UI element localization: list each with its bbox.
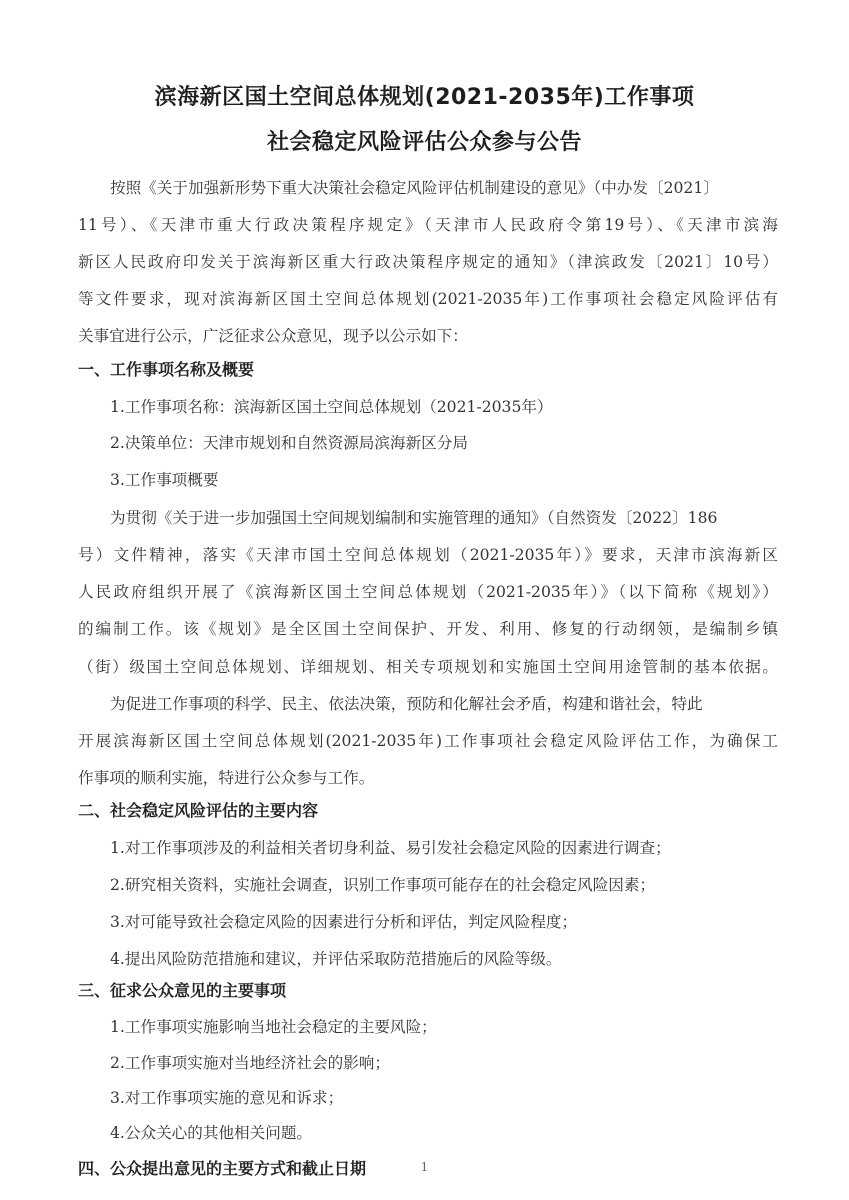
intro-line: 11号）、《天津市重大行政决策程序规定》（天津市人民政府令第19号）、《天津市滨…	[78, 213, 778, 235]
paragraph-line: 作事项的顺利实施，特进行公众参与工作。	[78, 766, 778, 788]
paragraph-line: 开展滨海新区国土空间总体规划(2021-2035年)工作事项社会稳定风险评估工作…	[78, 729, 778, 751]
document-title-line1: 滨海新区国土空间总体规划(2021-2035年)工作事项	[0, 80, 849, 111]
list-item: 4.公众关心的其他相关问题。	[110, 1121, 810, 1143]
paragraph-line: 人民政府组织开展了《滨海新区国土空间总体规划（2021-2035年）》（以下简称…	[78, 580, 778, 602]
paragraph-line: 号）文件精神，落实《天津市国土空间总体规划（2021-2035年）》要求，天津市…	[78, 543, 778, 565]
section-heading: 二、社会稳定风险评估的主要内容	[78, 798, 318, 821]
intro-line: 等文件要求，现对滨海新区国土空间总体规划(2021-2035年)工作事项社会稳定…	[78, 287, 778, 309]
paragraph-line: 为贯彻《关于进一步加强国土空间规划编制和实施管理的通知》（自然资发〔2022〕1…	[110, 506, 778, 528]
document-page: 滨海新区国土空间总体规划(2021-2035年)工作事项 社会稳定风险评估公众参…	[0, 0, 849, 1200]
paragraph-line: 的编制工作。该《规划》是全区国土空间保护、开发、利用、修复的行动纲领，是编制乡镇	[78, 617, 778, 639]
list-item: 1.工作事项实施影响当地社会稳定的主要风险；	[110, 1015, 810, 1037]
list-item: 1.工作事项名称：滨海新区国土空间总体规划（2021-2035年）	[110, 395, 810, 417]
section-heading: 一、工作事项名称及概要	[78, 357, 254, 380]
list-item: 2.工作事项实施对当地经济社会的影响；	[110, 1051, 810, 1073]
list-item: 1.对工作事项涉及的利益相关者切身利益、易引发社会稳定风险的因素进行调查；	[110, 836, 810, 858]
list-item: 3.对可能导致社会稳定风险的因素进行分析和评估，判定风险程度；	[110, 910, 810, 932]
page-number: 1	[0, 1160, 849, 1174]
intro-line: 新区人民政府印发关于滨海新区重大行政决策程序规定的通知》（津滨政发〔2021〕1…	[78, 250, 778, 272]
list-item: 4.提出风险防范措施和建议，并评估采取防范措施后的风险等级。	[110, 947, 810, 969]
section-heading: 三、征求公众意见的主要事项	[78, 978, 286, 1001]
intro-line: 关事宜进行公示，广泛征求公众意见，现予以公示如下：	[78, 324, 778, 346]
intro-line: 按照《关于加强新形势下重大决策社会稳定风险评估机制建设的意见》（中办发〔2021…	[110, 176, 778, 198]
paragraph-line: （街）级国土空间总体规划、详细规划、相关专项规划和实施国土空间用途管制的基本依据…	[78, 655, 778, 677]
list-item: 3.对工作事项实施的意见和诉求；	[110, 1086, 810, 1108]
document-title-line2: 社会稳定风险评估公众参与公告	[0, 125, 849, 156]
list-item: 2.决策单位：天津市规划和自然资源局滨海新区分局	[110, 431, 810, 453]
list-item: 3.工作事项概要	[110, 468, 810, 490]
list-item: 2.研究相关资料，实施社会调查，识别工作事项可能存在的社会稳定风险因素；	[110, 873, 810, 895]
paragraph-line: 为促进工作事项的科学、民主、依法决策，预防和化解社会矛盾，构建和谐社会，特此	[110, 692, 778, 714]
